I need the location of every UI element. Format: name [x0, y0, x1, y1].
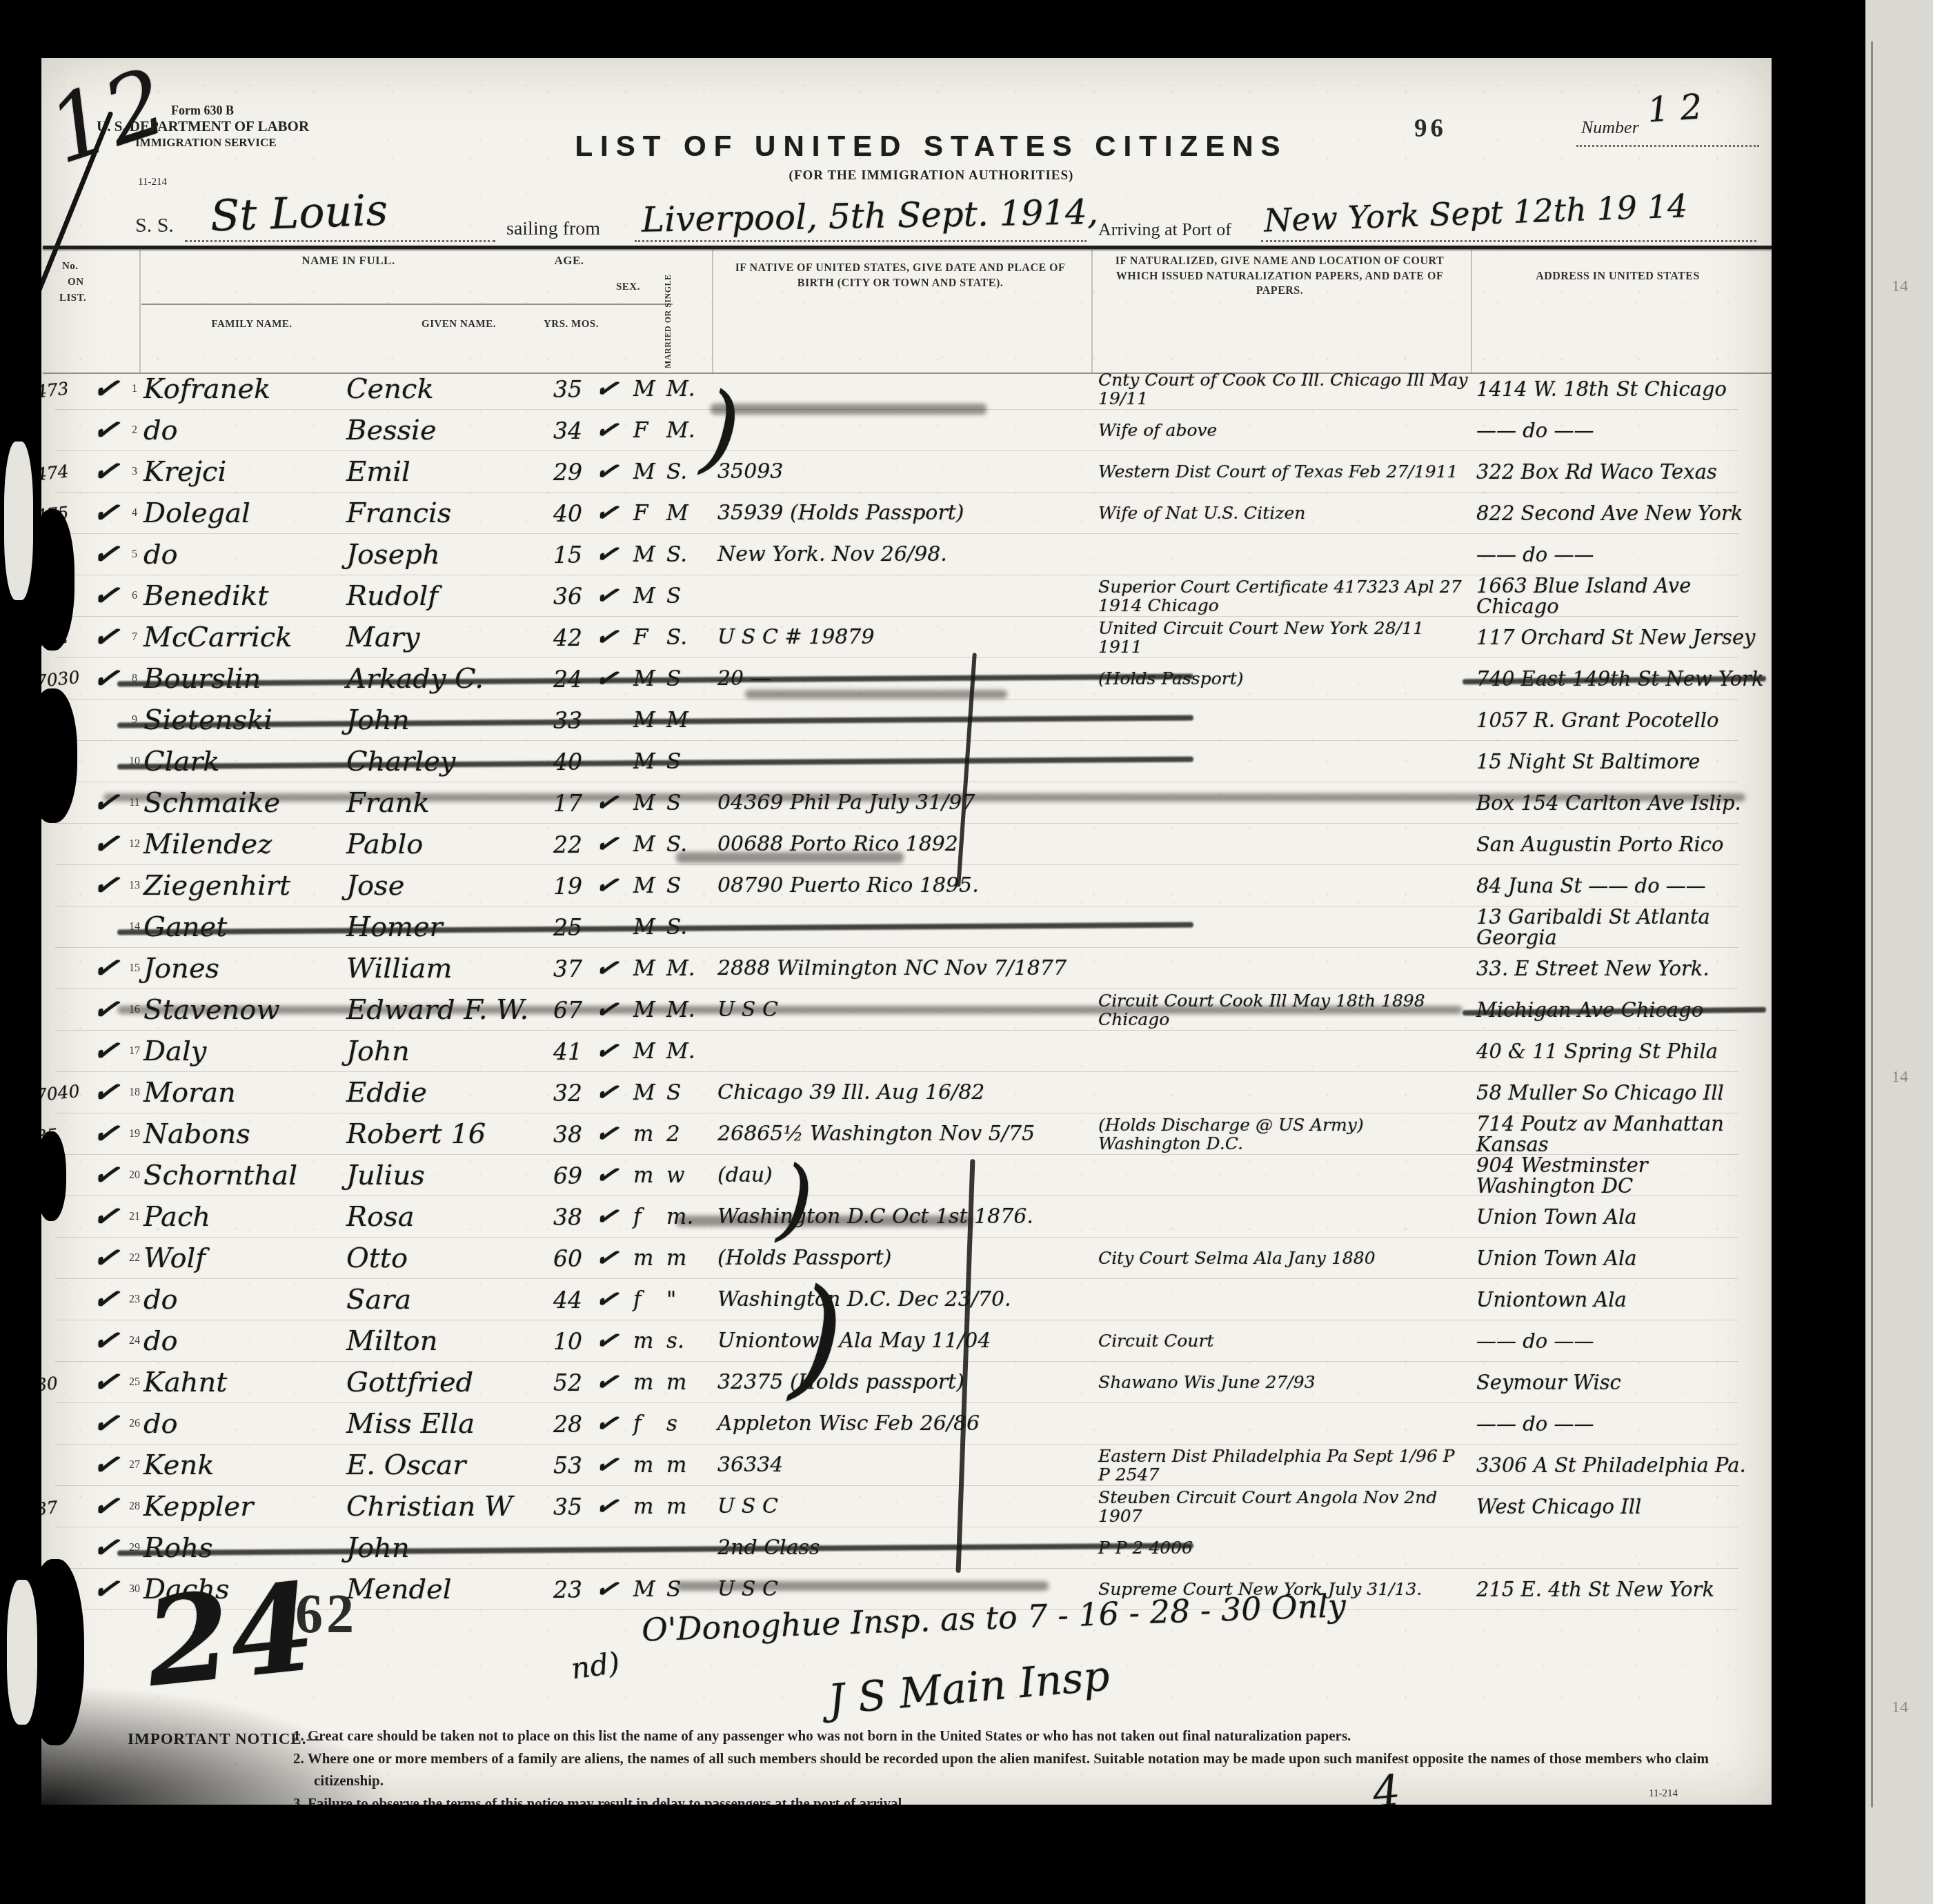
row-number: 19: [123, 1113, 146, 1155]
given-name: Cenck: [346, 368, 515, 410]
check-icon: ✓: [589, 1111, 636, 1156]
row-number: 4: [123, 493, 146, 534]
us-address: [1476, 1527, 1766, 1569]
row-number: 8: [123, 658, 146, 700]
naturalization-info: [1098, 948, 1471, 989]
ink-brace: ): [775, 1146, 816, 1252]
us-address: 215 E. 4th St New York: [1476, 1569, 1766, 1610]
birth-info: Washington D.C. Dec 23/70.: [717, 1279, 1090, 1320]
marital-status: S: [666, 1072, 716, 1113]
marital-status: S: [666, 865, 716, 906]
adjacent-page-line: [1871, 41, 1873, 1807]
naturalization-info: [1098, 1403, 1471, 1445]
row-number: 29: [123, 1527, 146, 1569]
row-number: 10: [123, 741, 146, 782]
naturalization-info: Wife of above: [1098, 410, 1471, 451]
birth-info: 32375 (Holds passport): [717, 1362, 1090, 1403]
given-name: Pablo: [346, 824, 515, 865]
sex-value: f: [633, 1403, 665, 1445]
film-blob: [28, 688, 77, 823]
table-row: ✓ 23 do Sara 44 ✓ f " Washington D.C. De…: [14, 1279, 1752, 1320]
given-name: Jose: [346, 865, 515, 906]
check-icon: ✓: [589, 408, 636, 453]
given-name: Eddie: [346, 1072, 515, 1113]
marital-status: M.: [666, 1031, 716, 1072]
table-row: ✓ 24 do Milton 10 ✓ m s. Uniontown Ala M…: [14, 1320, 1752, 1362]
sex-value: M: [633, 782, 665, 824]
birth-info: 08790 Puerto Rico 1895.: [717, 865, 1090, 906]
scanned-manifest-page: 12 Form 630 B U. S. DEPARTMENT OF LABOR …: [0, 0, 1933, 1904]
row-number: 20: [123, 1155, 146, 1196]
ink-smudge: [676, 1216, 973, 1227]
family-name: Daly: [143, 1031, 347, 1072]
row-number: 14: [123, 906, 146, 948]
check-icon: ✓: [589, 1029, 636, 1073]
family-name: Krejci: [143, 451, 347, 493]
given-name: John: [346, 1031, 515, 1072]
family-name: Kenk: [143, 1445, 347, 1486]
given-name: Rudolf: [346, 575, 515, 617]
marital-status: S: [666, 575, 716, 617]
family-name: Wolf: [143, 1238, 347, 1279]
sex-value: M: [633, 368, 665, 410]
us-address: 1663 Blue Island Ave Chicago: [1476, 575, 1766, 617]
check-icon: ✓: [589, 1070, 636, 1115]
sex-value: M: [633, 451, 665, 493]
film-blob: [30, 509, 75, 651]
given-name: Julius: [346, 1155, 515, 1196]
table-row: 7328 ✓ 20 Schornthal Julius 69 ✓ m w (da…: [14, 1155, 1752, 1196]
birth-info: 35093: [717, 451, 1090, 493]
ink-smudge: [711, 404, 987, 415]
edge-mark: 14: [1892, 1068, 1908, 1087]
marital-status: m: [666, 1486, 716, 1527]
row-number: 27: [123, 1445, 146, 1486]
birth-info: 04369 Phil Pa July 31/97: [717, 782, 1090, 824]
table-row: 23475 ✓ 4 Dolegal Francis 40 ✓ F M 35939…: [14, 493, 1752, 534]
ink-brace: ): [698, 371, 744, 486]
naturalization-info: [1098, 824, 1471, 865]
notice-items: 1. Great care should be taken not to pla…: [293, 1725, 1763, 1814]
given-name: E. Oscar: [346, 1445, 515, 1486]
family-name: do: [143, 1320, 347, 1362]
naturalization-info: [1098, 865, 1471, 906]
us-address: 322 Box Rd Waco Texas: [1476, 451, 1766, 493]
sex-value: f: [633, 1279, 665, 1320]
birth-info: 2888 Wilmington NC Nov 7/1877: [717, 948, 1090, 989]
family-name: Kahnt: [143, 1362, 347, 1403]
row-number: 13: [123, 865, 146, 906]
given-name: William: [346, 948, 515, 989]
naturalization-info: Eastern Dist Philadelphia Pa Sept 1/96 P…: [1098, 1445, 1471, 1486]
marital-status: 2: [666, 1113, 716, 1155]
given-name: Rosa: [346, 1196, 515, 1238]
row-number: 7: [123, 617, 146, 658]
birth-info: Appleton Wisc Feb 26/86: [717, 1403, 1090, 1445]
marital-status: m: [666, 1362, 716, 1403]
film-edge-top: [0, 0, 1933, 58]
ink-smudge: [103, 793, 1745, 802]
birth-info: 35939 (Holds Passport): [717, 493, 1090, 534]
naturalization-info: [1098, 1196, 1471, 1238]
check-icon: ✓: [589, 1277, 636, 1322]
sex-value: m: [633, 1155, 665, 1196]
check-icon: ✓: [589, 449, 636, 494]
sex-value: M: [633, 575, 665, 617]
ink-smudge: [676, 1581, 1049, 1591]
family-name: Sietenski: [143, 700, 347, 741]
given-name: Christian W: [346, 1486, 515, 1527]
form-code-bottom: 11-214: [1649, 1788, 1678, 1800]
film-highlight: [7, 1580, 37, 1725]
check-icon: ✓: [589, 490, 636, 535]
table-row: ✓ 26 do Miss Ella 28 ✓ f s Appleton Wisc…: [14, 1403, 1752, 1445]
birth-info: 26865½ Washington Nov 5/75: [717, 1113, 1090, 1155]
family-name: Schornthal: [143, 1155, 347, 1196]
family-name: do: [143, 534, 347, 575]
family-name: Pach: [143, 1196, 347, 1238]
us-address: 3306 A St Philadelphia Pa.: [1476, 1445, 1766, 1486]
check-icon: ✓: [589, 1236, 636, 1280]
us-address: 13 Garibaldi St Atlanta Georgia: [1476, 906, 1766, 948]
sex-value: F: [633, 493, 665, 534]
given-name: Miss Ella: [346, 1403, 515, 1445]
family-name: do: [143, 1279, 347, 1320]
us-address: —— do ——: [1476, 534, 1766, 575]
row-number: 17: [123, 1031, 146, 1072]
film-edge-right: [1772, 0, 1865, 1904]
us-address: —— do ——: [1476, 410, 1766, 451]
given-name: Joseph: [346, 534, 515, 575]
given-name: Robert 16: [346, 1113, 515, 1155]
row-number: 1: [123, 368, 146, 410]
naturalization-info: Western Dist Court of Texas Feb 27/1911: [1098, 451, 1471, 493]
table-row: ✓ 2 do Bessie 34 ✓ F M. Wife of above ——…: [14, 410, 1752, 451]
naturalization-info: Shawano Wis June 27/93: [1098, 1362, 1471, 1403]
us-address: 1057 R. Grant Pocotello: [1476, 700, 1766, 741]
row-number: 28: [123, 1486, 146, 1527]
marital-status: M: [666, 493, 716, 534]
table-row: 9 ✓ 17 Daly John 41 ✓ M M. 40 & 11 Sprin…: [14, 1031, 1752, 1072]
given-name: Bessie: [346, 410, 515, 451]
table-row: 23476 ✓ 6 Benedikt Rudolf 36 ✓ M S Super…: [14, 575, 1752, 617]
family-name: do: [143, 1403, 347, 1445]
marital-status: M.: [666, 948, 716, 989]
row-number: 5: [123, 534, 146, 575]
family-name: McCarrick: [143, 617, 347, 658]
row-number: 3: [123, 451, 146, 493]
given-name: Francis: [346, 493, 515, 534]
row-number: 12: [123, 824, 146, 865]
film-blob: [36, 1131, 66, 1221]
row-number: 11: [123, 782, 146, 824]
us-address: West Chicago Ill: [1476, 1486, 1766, 1527]
birth-info: (dau): [717, 1155, 1090, 1196]
row-number: 25: [123, 1362, 146, 1403]
naturalization-info: [1098, 782, 1471, 824]
check-icon: ✓: [589, 780, 636, 825]
table-row: 9 Sietenski John 33 M M 1057 R. Grant Po…: [14, 700, 1752, 741]
marital-status: m: [666, 1445, 716, 1486]
sex-value: M: [633, 865, 665, 906]
sex-value: F: [633, 617, 665, 658]
table-row: 7 ✓ 15 Jones William 37 ✓ M M. 2888 Wilm…: [14, 948, 1752, 989]
marital-status: ": [666, 1279, 716, 1320]
family-name: Nabons: [143, 1113, 347, 1155]
sex-value: f: [633, 1196, 665, 1238]
sex-value: m: [633, 1362, 665, 1403]
us-address: 58 Muller So Chicago Ill: [1476, 1072, 1766, 1113]
ink-smudge: [745, 690, 1007, 699]
given-name: Mary: [346, 617, 515, 658]
naturalization-info: [1098, 1155, 1471, 1196]
us-address: Seymour Wisc: [1476, 1362, 1766, 1403]
birth-info: Chicago 39 Ill. Aug 16/82: [717, 1072, 1090, 1113]
family-name: Jones: [143, 948, 347, 989]
sex-value: M: [633, 948, 665, 989]
marital-status: w: [666, 1155, 716, 1196]
table-row: 6 14 Ganet Homer 25 M S. 13 Garibaldi St…: [14, 906, 1752, 948]
sex-value: M: [633, 534, 665, 575]
notice-item: 1. Great care should be taken not to pla…: [293, 1725, 1763, 1747]
row-number: 24: [123, 1320, 146, 1362]
us-address: 904 Westminster Washington DC: [1476, 1155, 1766, 1196]
table-row: 23474 ✓ 3 Krejci Emil 29 ✓ M S. 35093 We…: [14, 451, 1752, 493]
check-icon: ✓: [589, 1360, 636, 1405]
marital-status: S.: [666, 617, 716, 658]
birth-info: New York. Nov 26/98.: [717, 534, 1090, 575]
naturalization-info: (Holds Discharge @ US Army) Washington D…: [1098, 1113, 1471, 1155]
family-name: Clark: [143, 741, 347, 782]
row-number: 23: [123, 1279, 146, 1320]
table-row: 24582 ✓ 7 McCarrick Mary 42 ✓ F S. U S C…: [14, 617, 1752, 658]
family-name: Benedikt: [143, 575, 347, 617]
notice-item: 2. Where one or more members of a family…: [293, 1747, 1763, 1792]
sex-value: m: [633, 1486, 665, 1527]
us-address: Union Town Ala: [1476, 1238, 1766, 1279]
check-icon: ✓: [589, 1318, 636, 1363]
check-icon: ✓: [589, 822, 636, 866]
table-row: ✓ 27 Kenk E. Oscar 53 ✓ m m 36334 Easter…: [14, 1445, 1752, 1486]
given-name: Frank: [346, 782, 515, 824]
us-address: Union Town Ala: [1476, 1196, 1766, 1238]
check-icon: ✓: [589, 1401, 636, 1446]
row-number: 2: [123, 410, 146, 451]
notice-item-text: Great care should be taken not to place …: [308, 1727, 1351, 1744]
table-row: 7330 ✓ 25 Kahnt Gottfried 52 ✓ m m 32375…: [14, 1362, 1752, 1403]
naturalization-info: [1098, 534, 1471, 575]
sex-value: M: [633, 1031, 665, 1072]
row-number: 6: [123, 575, 146, 617]
row-number: 18: [123, 1072, 146, 1113]
edge-mark: 14: [1892, 1698, 1908, 1717]
us-address: 33. E Street New York.: [1476, 948, 1766, 989]
naturalization-info: Circuit Court: [1098, 1320, 1471, 1362]
table-row: 3 ✓ 11 Schmaike Frank 17 ✓ M S 04369 Phi…: [14, 782, 1752, 824]
ink-brace: ): [788, 1260, 847, 1415]
check-icon: ✓: [589, 366, 636, 411]
marital-status: s: [666, 1403, 716, 1445]
table-row: 7335 ✓ 19 Nabons Robert 16 38 ✓ m 2 2686…: [14, 1113, 1752, 1155]
naturalization-info: [1098, 1031, 1471, 1072]
birth-info: [717, 575, 1090, 617]
birth-info: Uniontown Ala May 11/04: [717, 1320, 1090, 1362]
us-address: 84 Juna St —— do ——: [1476, 865, 1766, 906]
table-row: 317040 ✓ 18 Moran Eddie 32 ✓ M S Chicago…: [14, 1072, 1752, 1113]
row-number: 26: [123, 1403, 146, 1445]
naturalization-info: [1098, 1279, 1471, 1320]
check-icon: ✓: [589, 615, 636, 660]
check-icon: ✓: [589, 863, 636, 908]
birth-info: (Holds Passport): [717, 1238, 1090, 1279]
naturalization-info: Superior Court Certificate 417323 Apl 27…: [1098, 575, 1471, 617]
ink-smudge: [117, 1006, 1463, 1014]
ink-smudge: [676, 852, 904, 863]
us-address: San Augustin Porto Rico: [1476, 824, 1766, 865]
marital-status: S.: [666, 534, 716, 575]
sex-value: m: [633, 1445, 665, 1486]
family-name: Milendez: [143, 824, 347, 865]
family-name: Dolegal: [143, 493, 347, 534]
table-row: 7337 ✓ 28 Keppler Christian W 35 ✓ m m U…: [14, 1486, 1752, 1527]
sex-value: m: [633, 1238, 665, 1279]
marital-status: s.: [666, 1320, 716, 1362]
us-address: 117 Orchard St New Jersey: [1476, 617, 1766, 658]
table-row: ✓ 5 do Joseph 15 ✓ M S. New York. Nov 26…: [14, 534, 1752, 575]
us-address: —— do ——: [1476, 1403, 1766, 1445]
family-name: do: [143, 410, 347, 451]
us-address: 714 Poutz av Manhattan Kansas: [1476, 1113, 1766, 1155]
check-icon: ✓: [589, 946, 636, 991]
marital-status: m: [666, 1238, 716, 1279]
us-address: 15 Night St Baltimore: [1476, 741, 1766, 782]
naturalization-info: Wife of Nat U.S. Citizen: [1098, 493, 1471, 534]
notice-item-text: Where one or more members of a family ar…: [308, 1750, 1709, 1789]
birth-info: 36334: [717, 1445, 1090, 1486]
check-icon: ✓: [589, 532, 636, 577]
family-name: Ziegenhirt: [143, 865, 347, 906]
scan-shadow: [41, 1683, 400, 1807]
family-name: Ganet: [143, 906, 347, 948]
us-address: 40 & 11 Spring St Phila: [1476, 1031, 1766, 1072]
family-name: Moran: [143, 1072, 347, 1113]
naturalization-info: Steuben Circuit Court Angola Nov 2nd 190…: [1098, 1486, 1471, 1527]
family-name: Kofranek: [143, 368, 347, 410]
table-row: 2 10 Clark Charley 40 M S 15 Night St Ba…: [14, 741, 1752, 782]
given-name: Emil: [346, 451, 515, 493]
row-number: 21: [123, 1196, 146, 1238]
family-name: Bourslin: [143, 658, 347, 700]
us-address: Box 154 Carlton Ave Islip.: [1476, 782, 1766, 824]
family-name: Keppler: [143, 1486, 347, 1527]
sex-value: m: [633, 1320, 665, 1362]
scribble: nd): [569, 1645, 622, 1685]
us-address: Uniontown Ala: [1476, 1279, 1766, 1320]
us-address: 822 Second Ave New York: [1476, 493, 1766, 534]
given-name: Otto: [346, 1238, 515, 1279]
given-name: Sara: [346, 1279, 515, 1320]
birth-info: [717, 410, 1090, 451]
sex-value: M: [633, 824, 665, 865]
film-edge-bottom: [0, 1805, 1933, 1904]
check-icon: ✓: [589, 573, 636, 618]
given-name: Mendel: [346, 1569, 515, 1610]
sex-value: m: [633, 1113, 665, 1155]
check-icon: ✓: [589, 1153, 636, 1198]
birth-info: U S C: [717, 1486, 1090, 1527]
sex-value: M: [633, 1569, 665, 1610]
sex-value: M: [633, 1072, 665, 1113]
row-number: 22: [123, 1238, 146, 1279]
check-icon: ✓: [589, 1484, 636, 1529]
given-name: Gottfried: [346, 1362, 515, 1403]
check-icon: ✓: [589, 1194, 636, 1239]
birth-info: [717, 1031, 1090, 1072]
family-name: Schmaike: [143, 782, 347, 824]
us-address: —— do ——: [1476, 1320, 1766, 1362]
row-number: 15: [123, 948, 146, 989]
check-icon: ✓: [589, 1567, 636, 1612]
edge-mark: 14: [1892, 277, 1908, 296]
table-row: ✓ 22 Wolf Otto 60 ✓ m m (Holds Passport)…: [14, 1238, 1752, 1279]
naturalization-info: Cnty Court of Cook Co Ill. Chicago Ill M…: [1098, 368, 1471, 410]
naturalization-info: United Circuit Court New York 28/11 1911: [1098, 617, 1471, 658]
marital-status: S: [666, 782, 716, 824]
given-name: Milton: [346, 1320, 515, 1362]
birth-info: U S C # 19879: [717, 617, 1090, 658]
us-address: 1414 W. 18th St Chicago: [1476, 368, 1766, 410]
check-icon: ✓: [589, 1442, 636, 1487]
row-number: 9: [123, 700, 146, 741]
naturalization-info: City Court Selma Ala Jany 1880: [1098, 1238, 1471, 1279]
naturalization-info: [1098, 1072, 1471, 1113]
tally-stamp: 62: [295, 1583, 357, 1646]
film-highlight: [4, 442, 33, 600]
table-row: 5 ✓ 13 Ziegenhirt Jose 19 ✓ M S 08790 Pu…: [14, 865, 1752, 906]
sex-value: F: [633, 410, 665, 451]
